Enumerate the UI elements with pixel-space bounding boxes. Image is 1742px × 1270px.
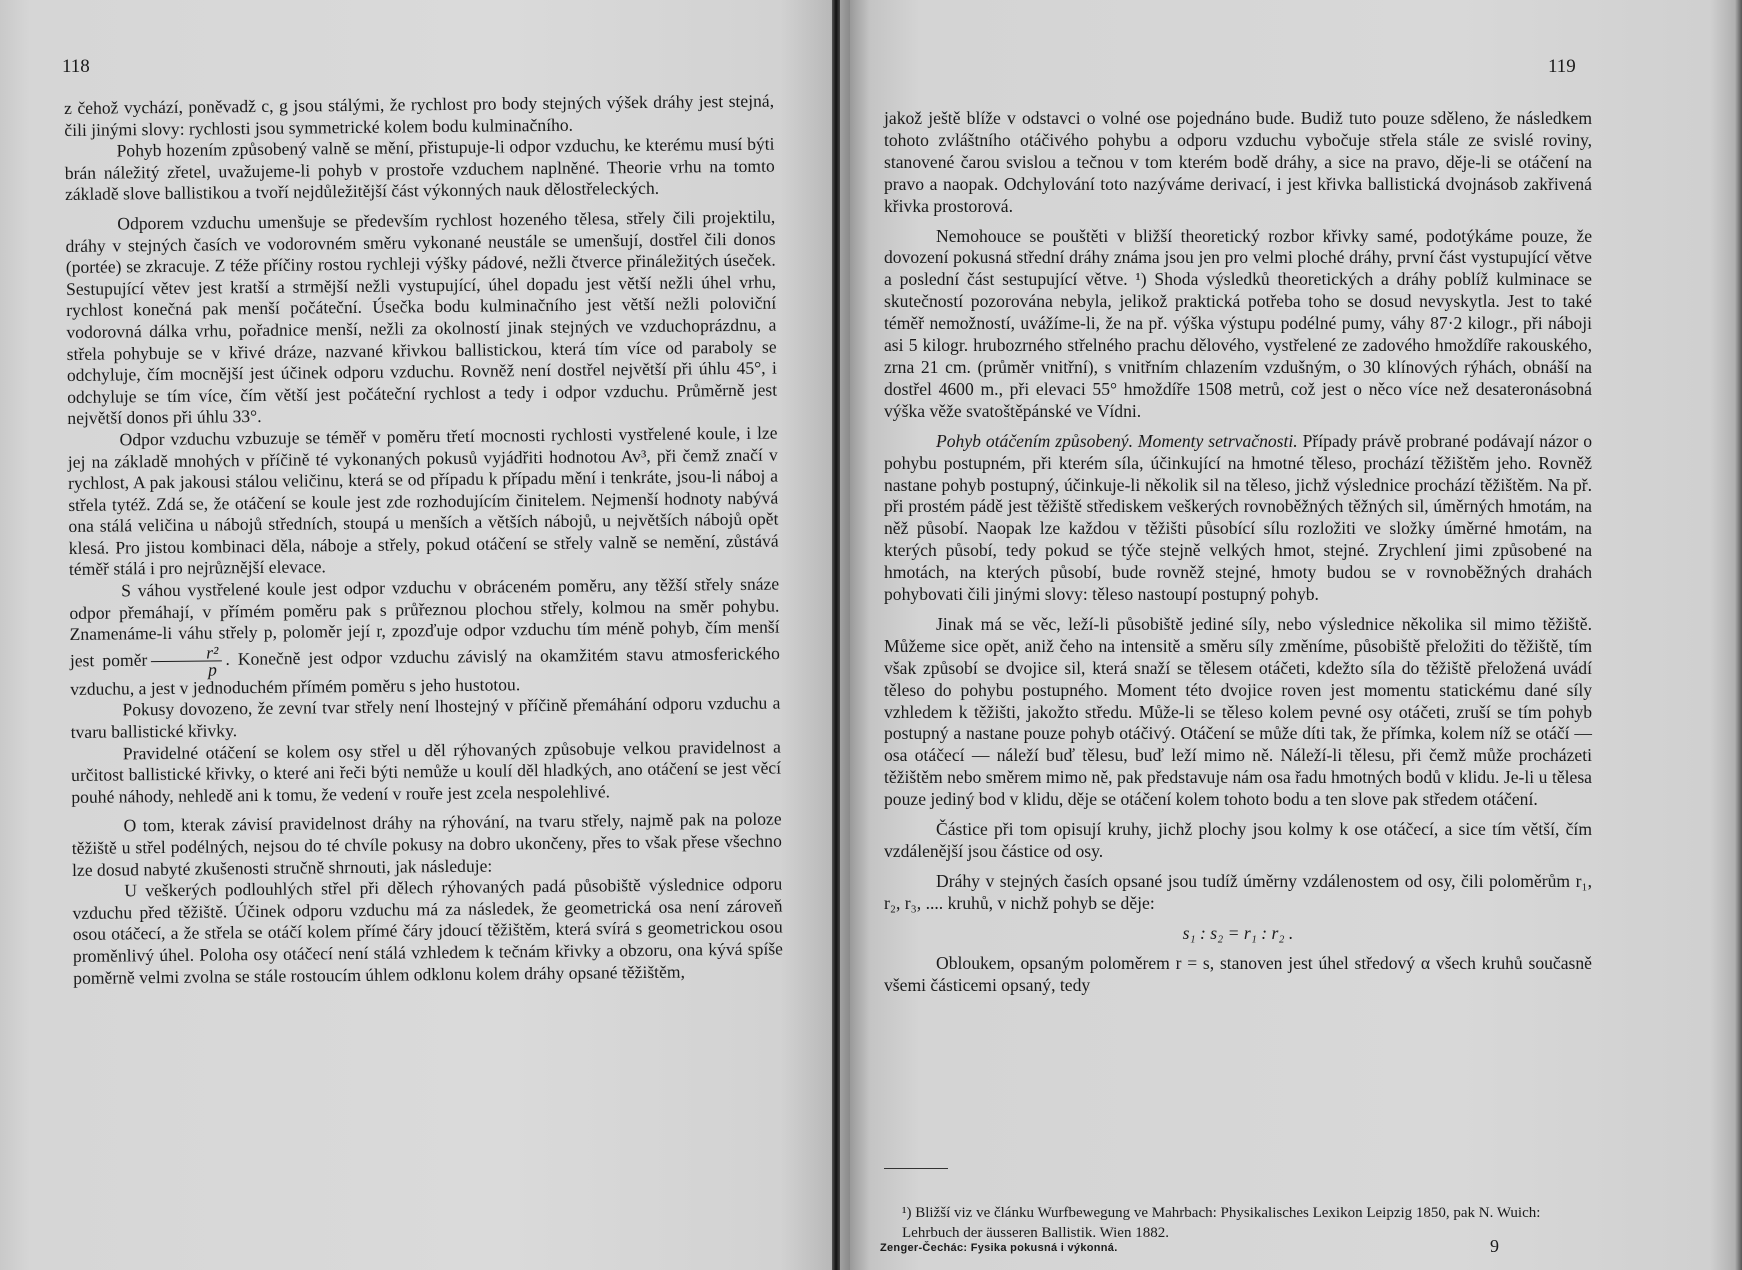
left-page: 118 z čehož vychází, poněvadž c, g jsou … <box>0 0 850 1270</box>
paragraph: Pohyb hozením způsobený valně se mění, p… <box>64 134 775 206</box>
paragraph: U veškerých podlouhlých střel při dělech… <box>72 874 783 989</box>
colophon: Zenger-Čechác: Fysika pokusná i výkonná. <box>880 1242 1118 1254</box>
paragraph: jakož ještě blíže v odstavci o volné ose… <box>884 108 1592 218</box>
page-number: 119 <box>1548 56 1576 78</box>
fraction: r²p <box>151 644 221 678</box>
book-spread: 118 z čehož vychází, poněvadž c, g jsou … <box>0 0 1742 1270</box>
right-page-body: jakož ještě blíže v odstavci o volné ose… <box>884 108 1592 996</box>
paragraph-with-fraction: S váhou vystřelené koule jest odpor vzdu… <box>69 574 780 701</box>
section-heading: Pohyb otáčením způsobený. Momenty setrva… <box>936 431 1298 451</box>
paragraph: Nemohouce se pouštěti v bližší theoretic… <box>884 226 1592 423</box>
paragraph: Jinak má se věc, leží-li působiště jedin… <box>884 614 1592 811</box>
left-page-body: z čehož vychází, poněvadž c, g jsou stál… <box>64 91 783 990</box>
paragraph: Pravidelné otáčení se kolem osy střel u … <box>71 736 782 808</box>
book-spine-gutter <box>832 0 840 1270</box>
paragraph: Dráhy v stejných časích opsané jsou tudí… <box>884 871 1592 915</box>
paragraph: O tom, kterak závisí pravidelnost dráhy … <box>72 809 783 881</box>
paragraph: Odpor vzduchu vzbuzuje se téměř v poměru… <box>67 422 779 581</box>
paragraph: Pokusy dovozeno, že zevní tvar střely ne… <box>70 693 780 744</box>
paragraph-text: Případy právě probrané podávají názor o … <box>884 431 1592 604</box>
footnote-divider <box>884 1168 948 1169</box>
paragraph: Částice při tom opisují kruhy, jichž plo… <box>884 819 1592 863</box>
footnote: ¹) Bližší viz ve článku Wurfbewegung ve … <box>902 1203 1592 1243</box>
right-page: 119 jakož ještě blíže v odstavci o volné… <box>850 0 1742 1270</box>
section-paragraph: Pohyb otáčením způsobený. Momenty setrva… <box>884 431 1592 606</box>
signature-mark: 9 <box>1490 1236 1499 1257</box>
paragraph: z čehož vychází, poněvadž c, g jsou stál… <box>64 91 774 142</box>
paragraph: Odporem vzduchu umenšuje se především ry… <box>65 207 777 430</box>
page-number: 118 <box>62 56 90 78</box>
fraction-denominator: p <box>156 661 217 678</box>
equation: s₁ : s₂ = r₁ : r₂ . <box>884 923 1592 945</box>
paragraph: Obloukem, opsaným poloměrem r = s, stano… <box>884 953 1592 997</box>
